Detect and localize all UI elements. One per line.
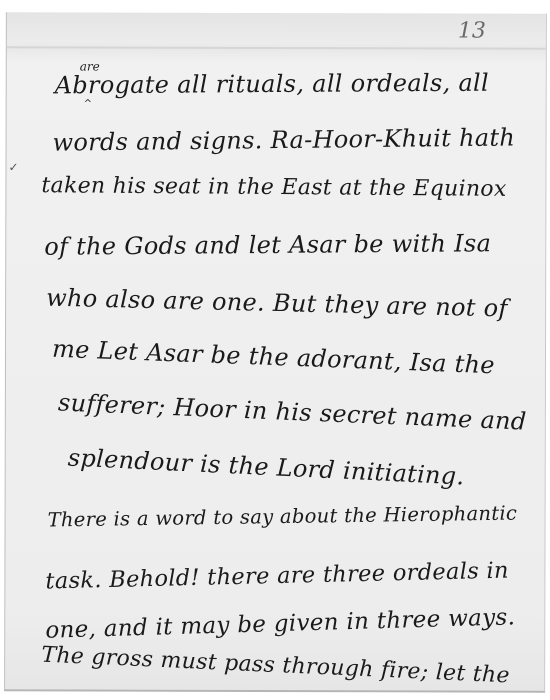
page-number: 13 [458,18,486,43]
manuscript-line-11: one, and it may be given in three ways. [45,604,515,644]
manuscript-line-1: Abrogate all rituals, all ordeals, all [55,69,489,100]
manuscript-line-3: taken his seat in the East at the Equino… [41,173,506,202]
paper-fold-line [7,46,546,49]
manuscript-line-5: who also are one. But they are not of [46,284,508,323]
manuscript-line-6: me Let Asar be the adorant, Isa the [52,335,496,380]
manuscript-line-9: There is a word to say about the Hieroph… [47,502,517,532]
manuscript-line-12: The gross must pass through fire; let th… [41,643,510,689]
manuscript-page: 13 ✓ are ^ Abrogate all rituals, all ord… [4,12,547,692]
manuscript-line-7: sufferer; Hoor in his secret name and [57,388,527,435]
insertion-caret: ^ [84,98,92,109]
margin-tick-mark: ✓ [8,160,18,174]
manuscript-line-8: splendour is the Lord initiating. [67,443,465,490]
manuscript-line-4: of the Gods and let Asar be with Isa [44,229,491,261]
manuscript-line-10: task. Behold! there are three ordeals in [45,558,509,595]
manuscript-line-2: words and signs. Ra-Hoor-Khuit hath [52,123,515,156]
